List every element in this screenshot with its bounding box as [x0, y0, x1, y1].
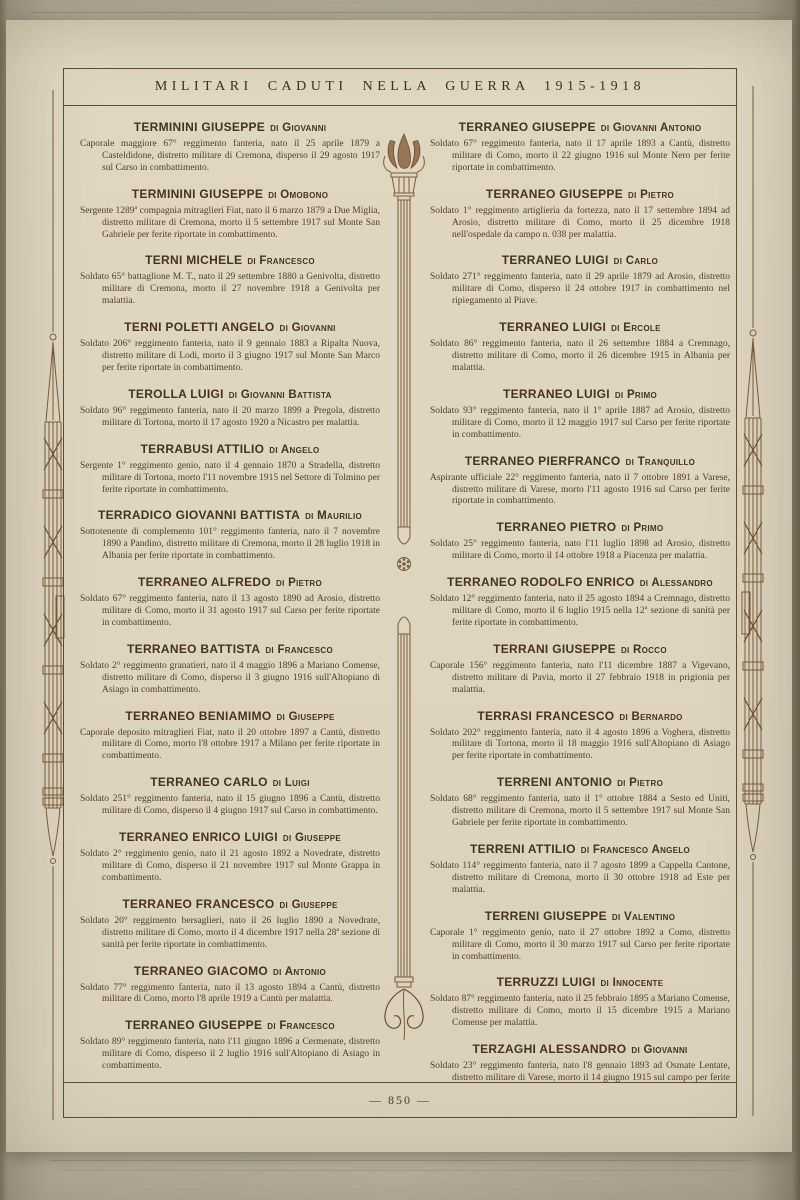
soldier-patronymic: di Rocco — [621, 644, 667, 656]
soldier-record: Caporale deposito mitraglieri Fiat, nato… — [80, 728, 380, 764]
soldier-name: TERRANEO CARLO — [150, 775, 268, 789]
soldier-entry: TERRABUSI ATTILIOdi Angelo Sergente 1° r… — [80, 441, 380, 497]
soldier-patronymic: di Maurilio — [305, 510, 362, 522]
soldier-patronymic: di Francesco — [247, 255, 315, 267]
soldier-entry: TERRANEO BENIAMIMOdi Giuseppe Caporale d… — [80, 708, 380, 764]
soldier-patronymic: di Pietro — [276, 577, 322, 589]
soldier-name-heading: TERRANEO PIETROdi Primo — [430, 519, 730, 536]
soldier-name-heading: TERZAGHI ALESSANDROdi Giovanni — [430, 1041, 730, 1058]
soldier-entry: TERRANEO ENRICO LUIGIdi Giuseppe Soldato… — [80, 829, 380, 885]
soldier-patronymic: di Giuseppe — [276, 711, 334, 723]
soldier-entry: TERRASI FRANCESCOdi Bernardo Soldato 202… — [430, 708, 730, 764]
soldier-name: TEROLLA LUIGI — [128, 387, 223, 401]
soldier-name: TERRANEO LUIGI — [499, 320, 606, 334]
soldier-record: Caporale 1° reggimento genio, nato il 27… — [430, 928, 730, 964]
soldier-name: TERNI POLETTI ANGELO — [124, 320, 274, 334]
soldier-entry: TERRENI GIUSEPPEdi Valentino Caporale 1°… — [430, 908, 730, 964]
soldier-patronymic: di Ercole — [611, 322, 661, 334]
soldier-patronymic: di Omobono — [268, 189, 328, 201]
soldier-name-heading: TERNI MICHELEdi Francesco — [80, 252, 380, 269]
soldier-name-heading: TERRANEO LUIGIdi Ercole — [430, 319, 730, 336]
soldier-record: Soldato 23° reggimento fanteria, nato l'… — [430, 1061, 730, 1083]
soldier-name: TERRANEO BATTISTA — [127, 642, 260, 656]
soldier-patronymic: di Francesco — [267, 1020, 335, 1032]
soldier-name-heading: TERNI POLETTI ANGELOdi Giovanni — [80, 319, 380, 336]
soldier-record: Soldato 65° battaglione M. T., nato il 2… — [80, 272, 380, 308]
soldier-entry: TERRANEO LUIGIdi Carlo Soldato 271° regg… — [430, 252, 730, 308]
soldier-name: TERRANEO BENIAMIMO — [125, 709, 271, 723]
column-right: TERRANEO GIUSEPPEdi Giovanni Antonio Sol… — [430, 119, 730, 1083]
soldier-entry: TERRANI GIUSEPPEdi Rocco Caporale 156° r… — [430, 641, 730, 697]
soldier-entry: TERRANEO GIUSEPPEdi Francesco Soldato 89… — [80, 1017, 380, 1073]
soldier-name-heading: TERRADICO GIOVANNI BATTISTAdi Maurilio — [80, 507, 380, 524]
soldier-name: TERRANEO ALFREDO — [138, 575, 271, 589]
soldier-record: Soldato 86° reggimento fanteria, nato il… — [430, 339, 730, 375]
soldier-entry: TERZAGHI ALESSANDROdi Giovanni Soldato 2… — [430, 1041, 730, 1083]
soldier-patronymic: di Giuseppe — [283, 832, 341, 844]
soldier-name: TERRANI GIUSEPPE — [493, 642, 616, 656]
soldier-name: TERRANEO GIACOMO — [134, 964, 268, 978]
soldier-record: Soldato 114° reggimento fanteria, nato i… — [430, 861, 730, 897]
page-edge-line — [60, 1170, 740, 1171]
soldier-patronymic: di Innocente — [600, 977, 663, 989]
soldier-entry: TERRANEO LUIGIdi Ercole Soldato 86° regg… — [430, 319, 730, 375]
soldier-name-heading: TERRENI GIUSEPPEdi Valentino — [430, 908, 730, 925]
soldier-patronymic: di Angelo — [269, 444, 319, 456]
page-number: — 850 — — [369, 1093, 431, 1108]
soldier-record: Soldato 12° reggimento fanteria, nato il… — [430, 594, 730, 630]
soldier-record: Soldato 25° reggimento fanteria, nato l'… — [430, 539, 730, 563]
soldier-patronymic: di Tranquillo — [626, 456, 696, 468]
soldier-entry: TERMININI GIUSEPPEdi Giovanni Caporale m… — [80, 119, 380, 175]
soldier-name: TERRANEO LUIGI — [503, 387, 610, 401]
soldier-name-heading: TERRANEO GIUSEPPEdi Giovanni Antonio — [430, 119, 730, 136]
soldier-record: Caporale maggiore 67° reggimento fanteri… — [80, 139, 380, 175]
soldier-name-heading: TERRASI FRANCESCOdi Bernardo — [430, 708, 730, 725]
soldier-name-heading: TERRANEO CARLOdi Luigi — [80, 774, 380, 791]
soldier-record: Sottotenente di complemento 101° reggime… — [80, 527, 380, 563]
soldier-entry: TERRANEO GIACOMOdi Antonio Soldato 77° r… — [80, 963, 380, 1007]
soldier-patronymic: di Giovanni — [280, 322, 336, 334]
soldier-patronymic: di Giovanni Antonio — [601, 122, 702, 134]
soldier-entry: TERRANEO GIUSEPPEdi Pietro Soldato 1° re… — [430, 186, 730, 242]
soldier-name: TERRANEO PIETRO — [497, 520, 617, 534]
soldier-record: Sergente 1° reggimento genio, nato il 4 … — [80, 461, 380, 497]
soldier-name: TERRANEO LUIGI — [502, 253, 609, 267]
soldier-name: TERRANEO FRANCESCO — [122, 897, 274, 911]
soldier-name-heading: TERRANEO BENIAMIMOdi Giuseppe — [80, 708, 380, 725]
soldier-entry: TERRANEO GIUSEPPEdi Giovanni Antonio Sol… — [430, 119, 730, 175]
soldier-record: Caporale 156° reggimento fanteria, nato … — [430, 661, 730, 697]
soldier-patronymic: di Primo — [615, 389, 657, 401]
soldier-entry: TEROLLA LUIGIdi Giovanni Battista Soldat… — [80, 386, 380, 430]
soldier-name-heading: TERRENI ATTILIOdi Francesco Angelo — [430, 841, 730, 858]
page-frame: MILITARI CADUTI NELLA GUERRA 1915-1918 T… — [63, 68, 737, 1118]
soldier-entry: TERRANEO FRANCESCOdi Giuseppe Soldato 20… — [80, 896, 380, 952]
soldier-name: TERZAGHI ALESSANDRO — [472, 1042, 626, 1056]
soldier-patronymic: di Luigi — [273, 777, 310, 789]
soldier-patronymic: di Giovanni — [270, 122, 326, 134]
soldier-name: TERRANEO GIUSEPPE — [486, 187, 623, 201]
soldier-entry: TERRANEO PIETROdi Primo Soldato 25° regg… — [430, 519, 730, 563]
fasces-pendant — [742, 592, 750, 634]
soldier-name: TERRANEO PIERFRANCO — [465, 454, 621, 468]
soldier-patronymic: di Francesco — [265, 644, 333, 656]
soldier-name: TERRANEO ENRICO LUIGI — [119, 830, 278, 844]
soldier-entry: TERNI MICHELEdi Francesco Soldato 65° ba… — [80, 252, 380, 308]
content-area: TERMININI GIUSEPPEdi Giovanni Caporale m… — [64, 106, 736, 1083]
soldier-patronymic: di Giovanni Battista — [229, 389, 332, 401]
soldier-record: Soldato 93° reggimento fanteria, nato il… — [430, 406, 730, 442]
soldier-name-heading: TERRANEO FRANCESCOdi Giuseppe — [80, 896, 380, 913]
soldier-name: TERRENI GIUSEPPE — [485, 909, 607, 923]
soldier-record: Soldato 68° reggimento fanteria, nato il… — [430, 794, 730, 830]
soldier-name: TERRANEO GIUSEPPE — [459, 120, 596, 134]
soldier-name-heading: TERRANEO BATTISTAdi Francesco — [80, 641, 380, 658]
soldier-name: TERRADICO GIOVANNI BATTISTA — [98, 508, 300, 522]
soldier-patronymic: di Carlo — [614, 255, 659, 267]
soldier-entry: TERRANEO LUIGIdi Primo Soldato 93° reggi… — [430, 386, 730, 442]
soldier-entry: TERRANEO CARLOdi Luigi Soldato 251° regg… — [80, 774, 380, 818]
book-scan: MILITARI CADUTI NELLA GUERRA 1915-1918 T… — [0, 0, 800, 1200]
soldier-record: Soldato 1° reggimento artiglieria da for… — [430, 206, 730, 242]
soldier-name: TERMININI GIUSEPPE — [134, 120, 265, 134]
soldier-record: Soldato 87° reggimento fanteria, nato il… — [430, 994, 730, 1030]
soldier-patronymic: di Pietro — [628, 189, 674, 201]
soldier-entry: TERRENI ANTONIOdi Pietro Soldato 68° reg… — [430, 774, 730, 830]
page-title: MILITARI CADUTI NELLA GUERRA 1915-1918 — [155, 79, 645, 95]
footer-band: — 850 — — [64, 1082, 736, 1117]
soldier-name-heading: TERRANEO ENRICO LUIGIdi Giuseppe — [80, 829, 380, 846]
soldier-name: TERRANEO GIUSEPPE — [125, 1018, 262, 1032]
soldier-name-heading: TERRENI ANTONIOdi Pietro — [430, 774, 730, 791]
soldier-record: Soldato 251° reggimento fanteria, nato i… — [80, 794, 380, 818]
soldier-name-heading: TERRANEO ALFREDOdi Pietro — [80, 574, 380, 591]
soldier-name-heading: TERRANEO LUIGIdi Primo — [430, 386, 730, 403]
soldier-name: TERRUZZI LUIGI — [497, 975, 596, 989]
soldier-name-heading: TERRANEO LUIGIdi Carlo — [430, 252, 730, 269]
page-edge-line — [50, 1160, 750, 1161]
soldier-record: Aspirante ufficiale 22° reggimento fante… — [430, 473, 730, 509]
soldier-record: Soldato 202° reggimento fanteria, nato i… — [430, 728, 730, 764]
soldier-name: TERRENI ATTILIO — [470, 842, 576, 856]
soldier-name-heading: TERRANEO RODOLFO ENRICOdi Alessandro — [430, 574, 730, 591]
soldier-entry: TERMININI GIUSEPPEdi Omobono Sergente 12… — [80, 186, 380, 242]
soldier-name: TERRANEO RODOLFO ENRICO — [447, 575, 635, 589]
soldier-name-heading: TERRABUSI ATTILIOdi Angelo — [80, 441, 380, 458]
soldier-record: Soldato 67° reggimento fanteria, nato il… — [80, 594, 380, 630]
soldier-name-heading: TERMININI GIUSEPPEdi Omobono — [80, 186, 380, 203]
soldier-record: Soldato 89° reggimento fanteria, nato l'… — [80, 1037, 380, 1073]
soldier-name-heading: TERRANEO GIACOMOdi Antonio — [80, 963, 380, 980]
column-left: TERMININI GIUSEPPEdi Giovanni Caporale m… — [80, 119, 380, 1083]
soldier-patronymic: di Pietro — [617, 777, 663, 789]
soldier-patronymic: di Bernardo — [619, 711, 682, 723]
soldier-name-heading: TERRANEO GIUSEPPEdi Pietro — [430, 186, 730, 203]
soldier-record: Soldato 2° reggimento granatieri, nato i… — [80, 661, 380, 697]
page-sheet: MILITARI CADUTI NELLA GUERRA 1915-1918 T… — [6, 20, 792, 1152]
soldier-entry: TERRANEO RODOLFO ENRICOdi Alessandro Sol… — [430, 574, 730, 630]
fasces-right-icon — [740, 86, 766, 1116]
soldier-entry: TERRANEO ALFREDOdi Pietro Soldato 67° re… — [80, 574, 380, 630]
soldier-record: Soldato 206° reggimento fanteria, nato i… — [80, 339, 380, 375]
soldier-name: TERRABUSI ATTILIO — [141, 442, 265, 456]
soldier-entry: TERRANEO BATTISTAdi Francesco Soldato 2°… — [80, 641, 380, 697]
soldier-patronymic: di Alessandro — [640, 577, 713, 589]
soldier-entry: TERRUZZI LUIGIdi Innocente Soldato 87° r… — [430, 974, 730, 1030]
soldier-record: Sergente 1289ª compagnia mitraglieri Fia… — [80, 206, 380, 242]
soldier-name: TERRASI FRANCESCO — [477, 709, 614, 723]
soldier-patronymic: di Giuseppe — [279, 899, 337, 911]
title-band: MILITARI CADUTI NELLA GUERRA 1915-1918 — [64, 69, 736, 106]
soldier-record: Soldato 20° reggimento bersaglieri, nato… — [80, 916, 380, 952]
soldier-entry: TERNI POLETTI ANGELOdi Giovanni Soldato … — [80, 319, 380, 375]
soldier-name-heading: TERMININI GIUSEPPEdi Giovanni — [80, 119, 380, 136]
soldier-name-heading: TERRANEO PIERFRANCOdi Tranquillo — [430, 453, 730, 470]
soldier-record: Soldato 77° reggimento fanteria, nato il… — [80, 983, 380, 1007]
soldier-entry: TERRENI ATTILIOdi Francesco Angelo Solda… — [430, 841, 730, 897]
soldier-name-heading: TERRANEO GIUSEPPEdi Francesco — [80, 1017, 380, 1034]
soldier-name: TERRENI ANTONIO — [497, 775, 612, 789]
soldier-record: Soldato 2° reggimento genio, nato il 21 … — [80, 849, 380, 885]
soldier-name-heading: TEROLLA LUIGIdi Giovanni Battista — [80, 386, 380, 403]
soldier-name-heading: TERRANI GIUSEPPEdi Rocco — [430, 641, 730, 658]
soldier-name: TERNI MICHELE — [145, 253, 242, 267]
soldier-patronymic: di Primo — [621, 522, 663, 534]
soldier-patronymic: di Giovanni — [631, 1044, 687, 1056]
soldier-record: Soldato 96° reggimento fanteria, nato il… — [80, 406, 380, 430]
page-edge-line — [30, 12, 760, 13]
soldier-patronymic: di Antonio — [273, 966, 326, 978]
soldier-name: TERMININI GIUSEPPE — [132, 187, 263, 201]
soldier-patronymic: di Francesco Angelo — [581, 844, 690, 856]
soldier-patronymic: di Valentino — [612, 911, 675, 923]
soldier-name-heading: TERRUZZI LUIGIdi Innocente — [430, 974, 730, 991]
soldier-entry: TERRANEO PIERFRANCOdi Tranquillo Aspiran… — [430, 453, 730, 509]
soldier-entry: TERRADICO GIOVANNI BATTISTAdi Maurilio S… — [80, 507, 380, 563]
soldier-record: Soldato 271° reggimento fanteria, nato i… — [430, 272, 730, 308]
soldier-record: Soldato 67° reggimento fanteria, nato il… — [430, 139, 730, 175]
